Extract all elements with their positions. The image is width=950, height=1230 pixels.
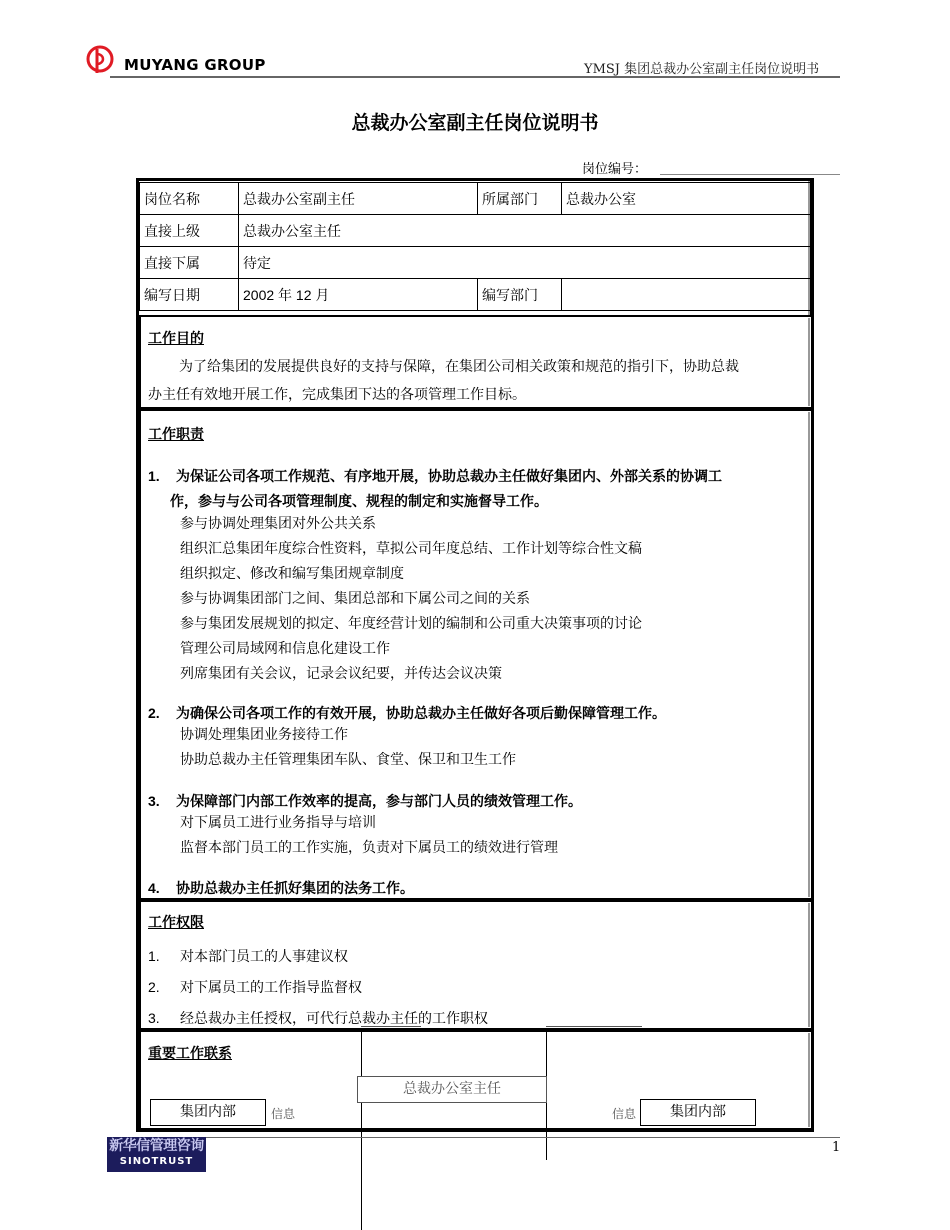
list-item: 组织拟定、修改和编写集团规章制度: [148, 562, 808, 587]
table-row: 编写日期 2002 年 12 月 编写部门: [140, 279, 811, 311]
table-row: 直接下属 待定: [140, 247, 811, 279]
purpose-line-1: 为了给集团的发展提供良好的支持与保障，在集团公司相关政策和规范的指引下，协助总裁: [148, 353, 808, 381]
value-department: 总裁办公室: [562, 183, 811, 215]
label-direct-superior: 直接上级: [140, 215, 239, 247]
duty-heading-3: 3.为保障部门内部工作效率的提高，参与部门人员的绩效管理工作。: [148, 791, 582, 811]
list-item: 参与协调集团部门之间、集团总部和下属公司之间的关系: [148, 587, 808, 612]
label-write-date: 编写日期: [140, 279, 239, 311]
sinotrust-logo-chinese: 新华信管理咨询: [107, 1137, 206, 1156]
box-office-director: 总裁办公室主任: [357, 1076, 547, 1103]
table-row: 岗位名称 总裁办公室副主任 所属部门 总裁办公室: [140, 183, 811, 215]
list-item: 参与集团发展规划的拟定、年度经营计划的编制和公司重大决策事项的讨论: [148, 612, 808, 637]
duty-2-bullets: 协调处理集团业务接待工作 协助总裁办主任管理集团车队、食堂、保卫和卫生工作: [148, 723, 808, 773]
authority-item-1: 1.对本部门员工的人事建议权: [148, 942, 348, 971]
list-item: 组织汇总集团年度综合性资料，草拟公司年度总结、工作计划等综合性文稿: [148, 537, 808, 562]
info-table: 岗位名称 总裁办公室副主任 所属部门 总裁办公室 直接上级 总裁办公室主任 直接…: [139, 182, 811, 311]
authority-item-3: 3.经总裁办主任授权，可代行总裁办主任的工作职权: [148, 1004, 488, 1033]
list-item: 协调处理集团业务接待工作: [148, 723, 808, 748]
page-title: 总裁办公室副主任岗位说明书: [0, 108, 950, 135]
label-info-right: 信息: [612, 1105, 636, 1122]
page-number: 1: [832, 1140, 840, 1155]
purpose-line-2: 办主任有效地开展工作，完成集团下达的各项管理工作目标。: [148, 381, 808, 409]
list-item: 协助总裁办主任管理集团车队、食堂、保卫和卫生工作: [148, 748, 808, 773]
section-authority: 工作权限 1.对本部门员工的人事建议权 2.对下属员工的工作指导监督权 3.经总…: [139, 900, 813, 1030]
label-department: 所属部门: [478, 183, 562, 215]
section-title-purpose: 工作目的: [148, 328, 204, 348]
list-item: 监督本部门员工的工作实施，负责对下属员工的绩效进行管理: [148, 836, 808, 861]
list-item: 参与协调处理集团对外公共关系: [148, 512, 808, 537]
brand-name: MUYANG GROUP: [124, 56, 266, 74]
connector-line-top-right: [546, 1026, 642, 1027]
section-duties: 工作职责 1.为保证公司各项工作规范、有序地开展，协助总裁办主任做好集团内、外部…: [139, 409, 813, 900]
authority-item-2: 2.对下属员工的工作指导监督权: [148, 973, 362, 1002]
post-number-label: 岗位编号：: [582, 158, 647, 177]
header-divider: [110, 76, 840, 78]
box-group-internal-left: 集团内部: [150, 1099, 266, 1126]
duty-heading-1: 1.为保证公司各项工作规范、有序地开展，协助总裁办主任做好集团内、外部关系的协调…: [148, 466, 722, 486]
section-purpose: 工作目的 为了给集团的发展提供良好的支持与保障，在集团公司相关政策和规范的指引下…: [139, 315, 813, 409]
post-number-field[interactable]: [660, 174, 840, 175]
list-item: 对下属员工进行业务指导与培训: [148, 811, 808, 836]
duty-1-bullets: 参与协调处理集团对外公共关系 组织汇总集团年度综合性资料，草拟公司年度总结、工作…: [148, 512, 808, 687]
duty-heading-1-cont: 作，参与与公司各项管理制度、规程的制定和实施督导工作。: [170, 491, 548, 511]
section-title-authority: 工作权限: [148, 912, 204, 932]
label-write-department: 编写部门: [478, 279, 562, 311]
section-title-duties: 工作职责: [148, 424, 204, 444]
box-group-internal-right: 集团内部: [640, 1099, 756, 1126]
footer-divider: [170, 1137, 840, 1138]
list-item: 列席集团有关会议，记录会议纪要，并传达会议决策: [148, 662, 808, 687]
label-position-name: 岗位名称: [140, 183, 239, 215]
value-direct-subordinate: 待定: [239, 247, 811, 279]
sinotrust-logo: 新华信管理咨询 SINOTRUST: [107, 1137, 206, 1172]
sinotrust-logo-english: SINOTRUST: [107, 1156, 206, 1168]
value-write-department: [562, 279, 811, 311]
duty-heading-4: 4.协助总裁办主任抓好集团的法务工作。: [148, 878, 414, 898]
muyang-logo-icon: [85, 45, 115, 75]
section-title-relations: 重要工作联系: [148, 1043, 232, 1063]
duty-3-bullets: 对下属员工进行业务指导与培训 监督本部门员工的工作实施，负责对下属员工的绩效进行…: [148, 811, 808, 861]
value-write-date: 2002 年 12 月: [239, 279, 478, 311]
duty-heading-2: 2.为确保公司各项工作的有效开展，协助总裁办主任做好各项后勤保障管理工作。: [148, 703, 666, 723]
document-reference: YMSJ 集团总裁办公室副主任岗位说明书: [584, 58, 819, 77]
value-direct-superior: 总裁办公室主任: [239, 215, 811, 247]
label-direct-subordinate: 直接下属: [140, 247, 239, 279]
value-position-name: 总裁办公室副主任: [239, 183, 478, 215]
connector-line-left: [361, 1028, 362, 1230]
list-item: 管理公司局域网和信息化建设工作: [148, 637, 808, 662]
frame-top-border: [136, 178, 814, 181]
label-info-left: 信息: [271, 1105, 295, 1122]
connector-line-top-left: [361, 1026, 421, 1027]
table-row: 直接上级 总裁办公室主任: [140, 215, 811, 247]
